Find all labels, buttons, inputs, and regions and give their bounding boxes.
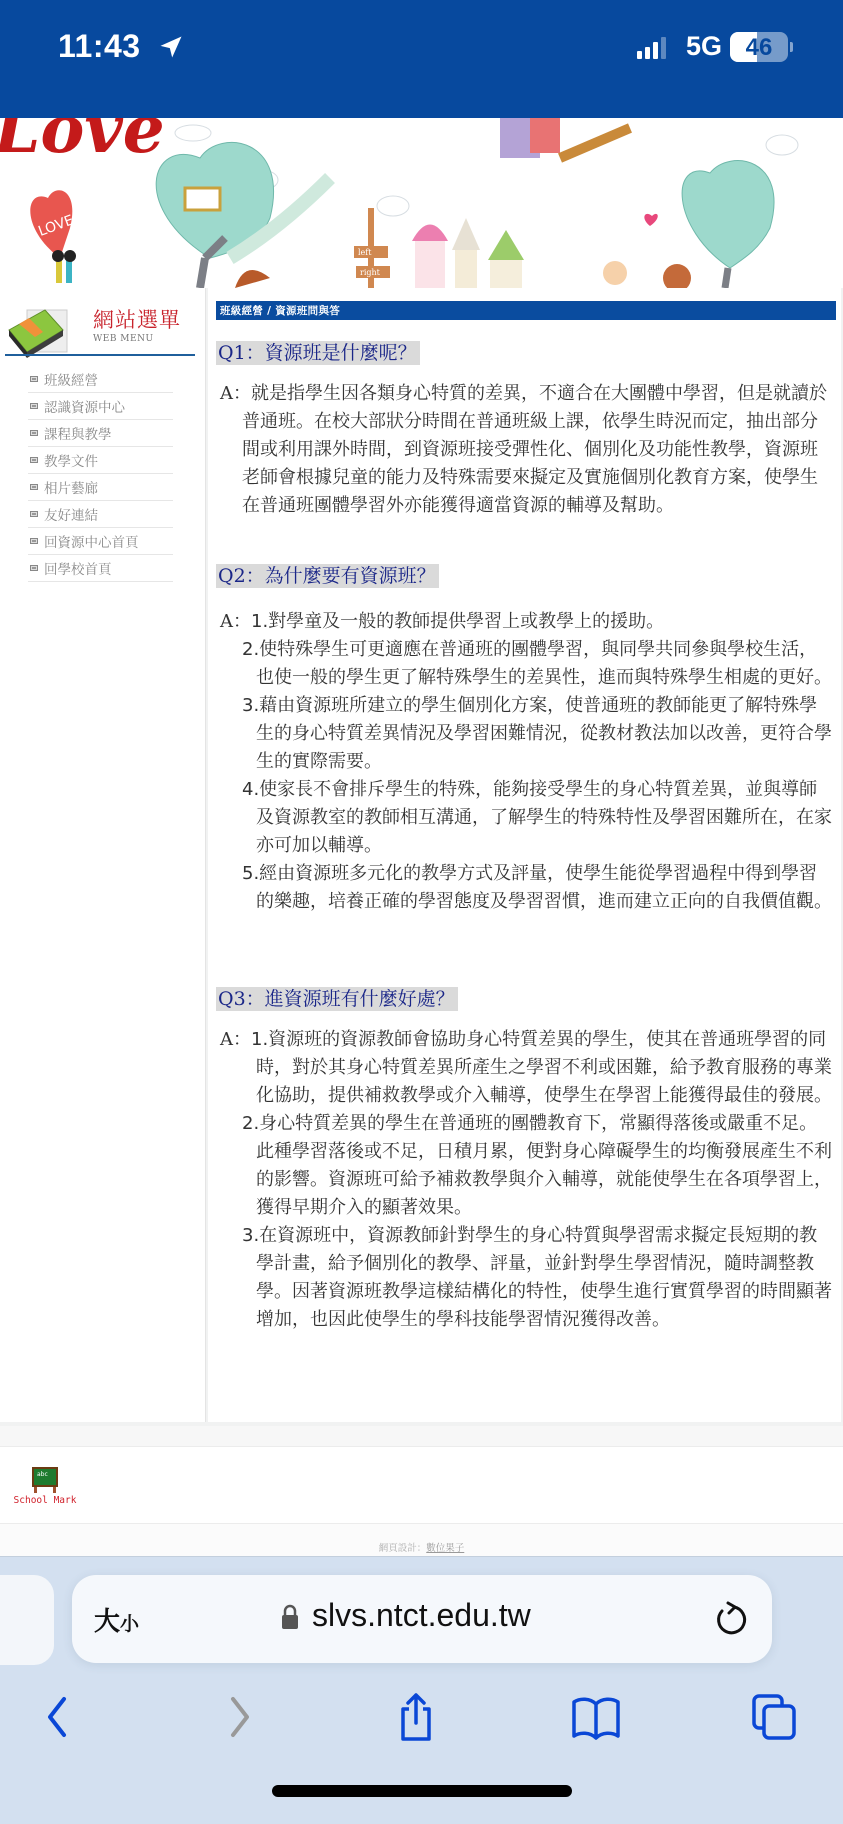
answer-3: A：1.資源班的資源教師會協助身心特質差異的學生，使其在普通班學習的同時，對於其… [220,1026,834,1334]
square-bullet-icon [30,403,38,409]
square-bullet-icon [30,484,38,490]
menu-item-school-home[interactable]: 回學校首頁 [28,555,173,582]
footer-gap [0,1426,843,1446]
browser-nav [0,1687,843,1757]
school-mark-label: School Mark [10,1495,80,1506]
menu-item-courses-teaching[interactable]: 課程與教學 [28,420,173,447]
battery-tip [790,42,793,52]
cellular-signal-icon [637,37,666,59]
page-body: 網站選單 WEB MENU 班級經營 認識資源中心 課程與教學 教學文件 相片藝… [0,288,843,1426]
main-content: 班級經營 / 資源班問與答 Q1：資源班是什麼呢？ A：就是指學生因各類身心特質… [208,288,841,1422]
question-1-title: Q1：資源班是什麼呢？ [216,338,420,365]
share-icon [396,1691,436,1743]
menu-item-resource-center-home[interactable]: 回資源中心首頁 [28,528,173,555]
reload-icon[interactable] [712,1599,750,1639]
battery-level: 46 [730,34,788,62]
question-2-title: Q2：為什麼要有資源班？ [216,561,439,588]
bookmarks-button[interactable] [566,1687,626,1747]
square-bullet-icon [30,430,38,436]
bookmarks-icon [570,1694,622,1740]
sidebar-menu: 網站選單 WEB MENU 班級經營 認識資源中心 課程與教學 教學文件 相片藝… [0,288,206,1422]
answer-2-item: 3.藉由資源班所建立的學生個別化方案，使普通班的教師能更了解特殊學生的身心特質差… [220,692,834,776]
credit-bar: 網頁設計：數位果子 [0,1524,843,1556]
square-bullet-icon [30,538,38,544]
square-bullet-icon [30,565,38,571]
url-text[interactable]: slvs.ntct.edu.tw [312,1597,531,1634]
lock-icon [280,1604,300,1630]
page-settings-button[interactable]: 大小 [94,1601,139,1638]
forward-icon [225,1695,255,1739]
square-bullet-icon [30,376,38,382]
answer-2-item: 5.經由資源班多元化的教學方式及評量，使學生能從學習過程中得到學習的樂趣，培養正… [220,860,834,916]
forward-button[interactable] [210,1687,270,1747]
menu-item-friendly-links[interactable]: 友好連結 [28,501,173,528]
chalkboard-icon: abc [32,1467,58,1487]
footer-logo-area: abc School Mark [0,1446,843,1524]
answer-2: A：1.對學童及一般的教師提供學習上或教學上的援助。 2.使特殊學生可更適應在普… [220,608,834,916]
menu-subtitle: WEB MENU [93,334,154,344]
answer-2-item: 2.使特殊學生可更適應在普通班的團體學習，與同學共同參與學校生活，也使一般的學生… [220,636,834,692]
tabs-button[interactable] [744,1687,804,1747]
breadcrumb: 班級經營 / 資源班問與答 [216,301,836,320]
previous-tab-peek[interactable] [0,1575,54,1665]
question-3-title: Q3：進資源班有什麼好處？ [216,984,458,1011]
school-mark-logo[interactable]: abc School Mark [10,1467,80,1506]
menu-item-class-management[interactable]: 班級經營 [28,366,173,393]
menu-title: 網站選單 [93,304,181,334]
menu-item-about-resource-center[interactable]: 認識資源中心 [28,393,173,420]
network-type: 5G [686,31,722,62]
answer-3-item: 3.在資源班中，資源教師針對學生的身心特質與學習需求擬定長短期的教學計畫，給予個… [220,1222,834,1334]
battery-icon: 46 [730,32,788,62]
svg-text:left: left [358,248,372,257]
back-button[interactable] [27,1687,87,1747]
menu-divider [5,354,195,356]
share-button[interactable] [386,1687,446,1747]
answer-2-item: 4.使家長不會排斥學生的特殊，能夠接受學生的身心特質差異，並與導師及資源教室的教… [220,776,834,860]
back-icon [42,1695,72,1739]
address-bar[interactable]: 大小 slvs.ntct.edu.tw [72,1575,772,1663]
location-arrow-icon [157,33,185,61]
easel-icon [34,1487,56,1493]
credit-link[interactable]: 數位果子 [426,1543,464,1554]
menu-item-teaching-documents[interactable]: 教學文件 [28,447,173,474]
answer-1: A：就是指學生因各類身心特質的差異，不適合在大團體中學習，但是就讀於普通班。在校… [220,380,834,520]
menu-list: 班級經營 認識資源中心 課程與教學 教學文件 相片藝廊 友好連結 回資源中心首頁… [28,366,173,582]
answer-2-item: 1.對學童及一般的教師提供學習上或教學上的援助。 [251,611,664,632]
love-heart-sign: LOVE [30,190,76,283]
credit-label: 網頁設計： [379,1543,427,1554]
browser-toolbar: 大小 slvs.ntct.edu.tw [0,1556,843,1824]
home-indicator[interactable] [272,1785,572,1797]
square-bullet-icon [30,457,38,463]
answer-3-item: 2.身心特質差異的學生在普通班的團體教育下，常顯得落後或嚴重不足。此種學習落後或… [220,1110,834,1222]
clock: 11:43 [58,28,141,65]
tabs-icon [750,1692,798,1742]
menu-item-photo-gallery[interactable]: 相片藝廊 [28,474,173,501]
answer-3-item: 1.資源班的資源教師會協助身心特質差異的學生，使其在普通班學習的同時，對於其身心… [251,1029,832,1106]
svg-text:right: right [360,268,381,277]
banner-illustration: LOVE left right [0,118,843,288]
square-bullet-icon [30,511,38,517]
site-banner: Love LOVE left right [0,118,843,288]
status-bar: 11:43 5G 46 [0,0,843,118]
